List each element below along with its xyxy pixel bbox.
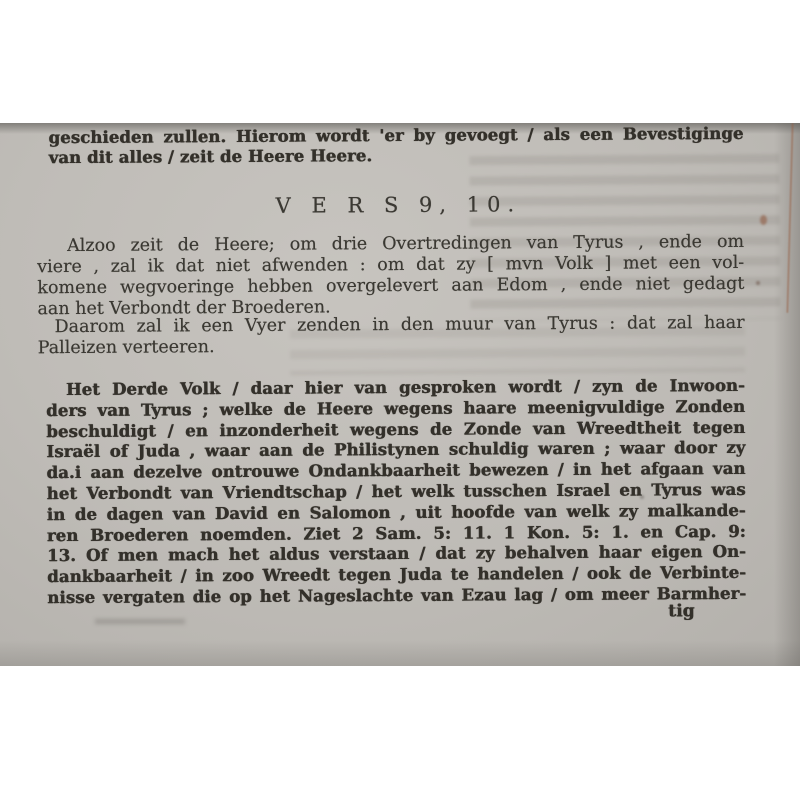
text-line: geschieden zullen. Hierom wordt 'er by g… <box>48 124 743 148</box>
intro-paragraph: geschieden zullen. Hierom wordt 'er by g… <box>48 124 743 168</box>
text-line: Daarom zal ik een Vyer zenden in den muu… <box>38 313 745 338</box>
text-line: Palleizen verteeren. <box>38 334 745 359</box>
verse-paragraph-2: Daarom zal ik een Vyer zenden in den muu… <box>38 313 745 359</box>
commentary-paragraph: Het Derde Volk / daar hier van gesproken… <box>46 376 746 609</box>
page-text-layer: geschieden zullen. Hierom wordt 'er by g… <box>0 123 800 666</box>
verse-paragraph: Alzoo zeit de Heere; om drie Overtreding… <box>37 232 744 320</box>
text-line: van dit alles / zeit de Heere Heere. <box>48 144 743 168</box>
section-heading: V E R S 9, 10. <box>45 191 752 219</box>
catchword: tig <box>641 601 721 621</box>
text-line: komene wegvoeringe hebben overgelevert a… <box>37 274 744 299</box>
book-page-photo: geschieden zullen. Hierom wordt 'er by g… <box>0 123 800 666</box>
